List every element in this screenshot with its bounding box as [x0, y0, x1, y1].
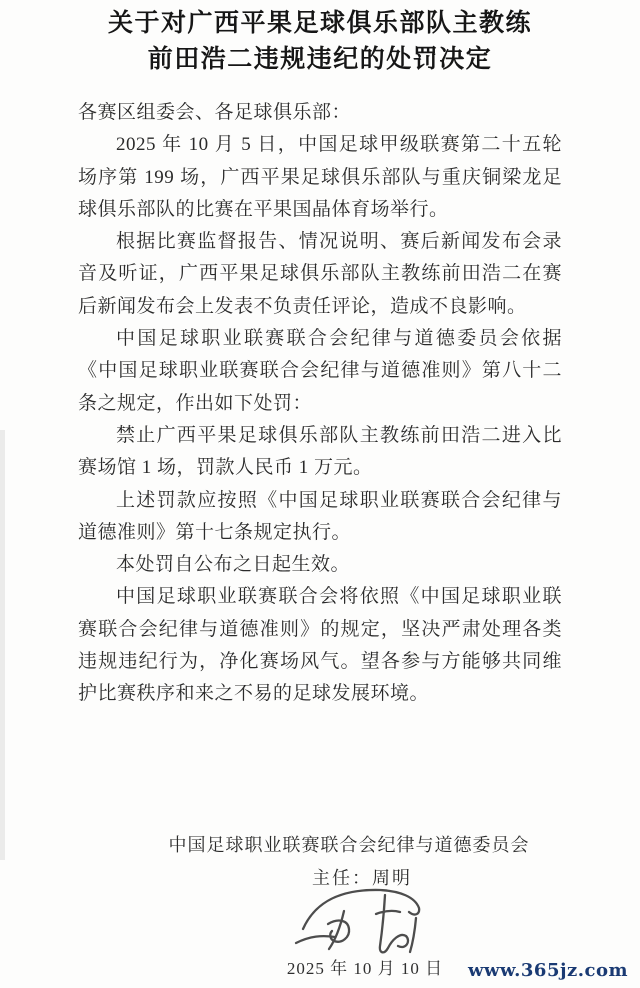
paragraph: 中国足球职业联赛联合会纪律与道德委员会依据《中国足球职业联赛联合会纪律与道德准则… [78, 323, 562, 420]
paragraph: 本处罚自公布之日起生效。 [78, 549, 562, 581]
document-title-line1: 关于对广西平果足球俱乐部队主教练 [0, 6, 640, 42]
paragraph: 中国足球职业联赛联合会将依照《中国足球职业联赛联合会纪律与道德准则》的规定，坚决… [78, 581, 562, 710]
scan-edge-artifact [0, 430, 5, 860]
handwritten-signature-icon [288, 884, 453, 962]
salutation: 各赛区组委会、各足球俱乐部： [78, 97, 562, 129]
document-body: 各赛区组委会、各足球俱乐部： 2025 年 10 月 5 日，中国足球甲级联赛第… [78, 97, 562, 711]
document-page: 关于对广西平果足球俱乐部队主教练 前田浩二违规违纪的处罚决定 各赛区组委会、各足… [0, 0, 640, 988]
document-title: 关于对广西平果足球俱乐部队主教练 前田浩二违规违纪的处罚决定 [0, 6, 640, 78]
paragraph: 根据比赛监督报告、情况说明、赛后新闻发布会录音及听证，广西平果足球俱乐部队主教练… [78, 226, 562, 323]
paragraph: 2025 年 10 月 5 日，中国足球甲级联赛第二十五轮场序第 199 场，广… [78, 129, 562, 226]
document-title-line2: 前田浩二违规违纪的处罚决定 [0, 42, 640, 78]
committee-name: 中国足球职业联赛联合会纪律与道德委员会 [0, 831, 640, 857]
paragraph: 上述罚款应按照《中国足球职业联赛联合会纪律与道德准则》第十七条规定执行。 [78, 485, 562, 550]
paragraph: 禁止广西平果足球俱乐部队主教练前田浩二进入比赛场馆 1 场，罚款人民币 1 万元… [78, 420, 562, 485]
watermark-url: www.365jz.com [468, 960, 628, 981]
